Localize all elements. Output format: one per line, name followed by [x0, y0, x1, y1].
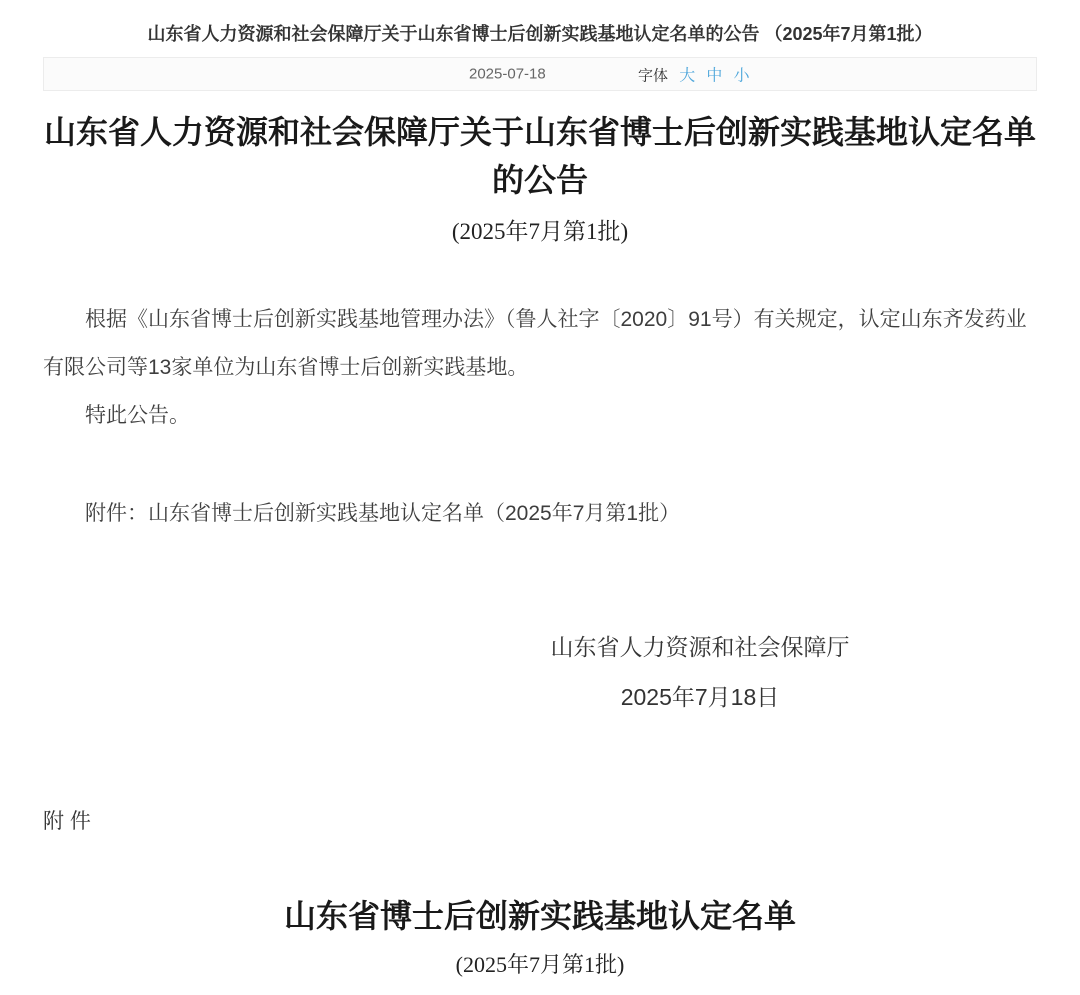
font-size-label: 字体 [638, 68, 668, 85]
attachment-title: 山东省博士后创新实践基地认定名单 [43, 894, 1037, 938]
font-size-small-button[interactable]: 小 [734, 68, 750, 85]
attachment-reference: 附件：山东省博士后创新实践基地认定名单（2025年7月第1批） [43, 490, 1037, 538]
signature-date: 2025年7月18日 [363, 672, 1037, 722]
document-title-line2: 的公告 [43, 156, 1037, 204]
paragraph-main: 根据《山东省博士后创新实践基地管理办法》（鲁人社字〔2020〕91号）有关规定，… [43, 296, 1037, 392]
document-body: 根据《山东省博士后创新实践基地管理办法》（鲁人社字〔2020〕91号）有关规定，… [43, 296, 1037, 980]
signature-block: 山东省人力资源和社会保障厅 2025年7月18日 [363, 622, 1037, 722]
signature-department: 山东省人力资源和社会保障厅 [363, 622, 1037, 672]
attachment-subtitle: (2025年7月第1批) [43, 950, 1037, 980]
paragraph-closing: 特此公告。 [43, 392, 1037, 440]
attachment-label: 附 件 [43, 808, 1037, 836]
font-size-control: 字体 大 中 小 [638, 63, 750, 86]
meta-bar: 2025-07-18 字体 大 中 小 [43, 57, 1037, 91]
font-size-medium-button[interactable]: 中 [706, 68, 722, 85]
publish-date: 2025-07-18 [469, 66, 546, 83]
announcement-page: 山东省人力资源和社会保障厅关于山东省博士后创新实践基地认定名单的公告 （2025… [0, 0, 1080, 980]
document-title-line1: 山东省人力资源和社会保障厅关于山东省博士后创新实践基地认定名单 [43, 108, 1037, 156]
page-header-title: 山东省人力资源和社会保障厅关于山东省博士后创新实践基地认定名单的公告 （2025… [0, 0, 1080, 46]
document-subtitle: (2025年7月第1批) [0, 214, 1080, 250]
document-title: 山东省人力资源和社会保障厅关于山东省博士后创新实践基地认定名单 的公告 [43, 108, 1037, 204]
font-size-large-button[interactable]: 大 [679, 68, 695, 85]
